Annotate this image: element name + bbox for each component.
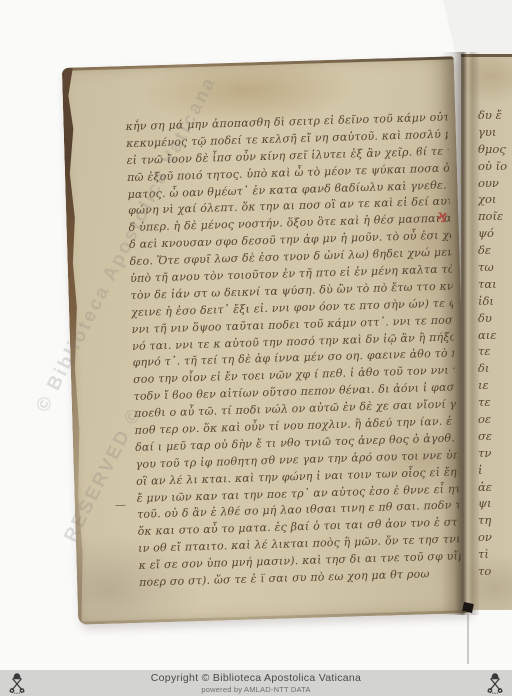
- facing-page-text-line: τε: [478, 395, 512, 412]
- page-bottom-edge: [78, 610, 470, 625]
- facing-page-text-line: οὐ ῖο: [478, 159, 512, 176]
- manuscript-text-block: κἦν ση μά μην ἀποπασθη δὶ σειτρ εἰ δεῖνο…: [125, 111, 461, 602]
- facing-page-text-line: ται: [478, 277, 512, 294]
- facing-page-text-line: τε: [478, 344, 512, 361]
- facing-page-text-line: οε: [478, 412, 512, 429]
- powered-by-text: powered by AMLAD-NTT DATA: [34, 686, 478, 694]
- vatican-emblem-icon: [483, 672, 507, 694]
- copyright-text: Copyright © Biblioteca Apostolica Vatica…: [34, 673, 478, 684]
- facing-page-text-line: ψό: [478, 226, 512, 243]
- vatican-emblem-icon: [5, 672, 29, 694]
- facing-page-text-line: αιε: [478, 328, 512, 345]
- facing-page-text-line: σε: [478, 429, 512, 446]
- facing-page-text-line: ιε: [478, 378, 512, 395]
- footer-text: Copyright © Biblioteca Apostolica Vatica…: [34, 673, 478, 693]
- facing-page-text-line: δι: [478, 361, 512, 378]
- facing-page-top-edge: [461, 54, 512, 57]
- manuscript-photo-view: κἦν ση μά μην ἀποπασθη δὶ σειτρ εἰ δεῖνο…: [0, 0, 512, 696]
- backdrop-seam: [443, 0, 512, 60]
- facing-page-text-line: ἰ: [478, 463, 512, 480]
- footer-bar: Copyright © Biblioteca Apostolica Vatica…: [0, 670, 512, 696]
- facing-page-text-line: ψι: [478, 496, 512, 513]
- facing-page-edge: δυ ἔγυιθμοςοὐ ῖοουνχοιποῖεψόδετωταιἰδιδυ…: [461, 54, 512, 610]
- page-top-edge: [62, 56, 454, 70]
- facing-page-text-line: χοι: [478, 192, 512, 209]
- facing-page-text-line: ἰδι: [478, 294, 512, 311]
- facing-page-text-line: τὶ: [478, 547, 512, 564]
- manuscript-left-page: κἦν ση μά μην ἀποπασθη δὶ σειτρ εἰ δεῖνο…: [62, 56, 470, 624]
- facing-page-text-line: δυ ἔ: [478, 108, 512, 125]
- facing-page-text-line: δυ: [478, 311, 512, 328]
- facing-page-text-line: το: [478, 564, 512, 581]
- page-rough-edge: [62, 68, 90, 625]
- facing-page-text-line: ουν: [478, 176, 512, 193]
- facing-page-text-line: τη: [478, 513, 512, 530]
- facing-page-text-line: τν: [478, 446, 512, 463]
- facing-page-text-line: ἀε: [478, 480, 512, 497]
- facing-page-text-line: δε: [478, 243, 512, 260]
- facing-page-text-line: ποῖε: [478, 209, 512, 226]
- gutter-seam-line: [467, 612, 469, 664]
- facing-page-text-line: θμος: [478, 142, 512, 159]
- facing-page-text-line: γυι: [478, 125, 512, 142]
- facing-page-text-line: ον: [478, 530, 512, 547]
- facing-page-text: δυ ἔγυιθμοςοὐ ῖοουνχοιποῖεψόδετωταιἰδιδυ…: [478, 108, 512, 581]
- margin-dash: —: [115, 498, 126, 511]
- facing-page-text-line: τω: [478, 260, 512, 277]
- rubric-marginal-mark: ϗ: [437, 208, 448, 224]
